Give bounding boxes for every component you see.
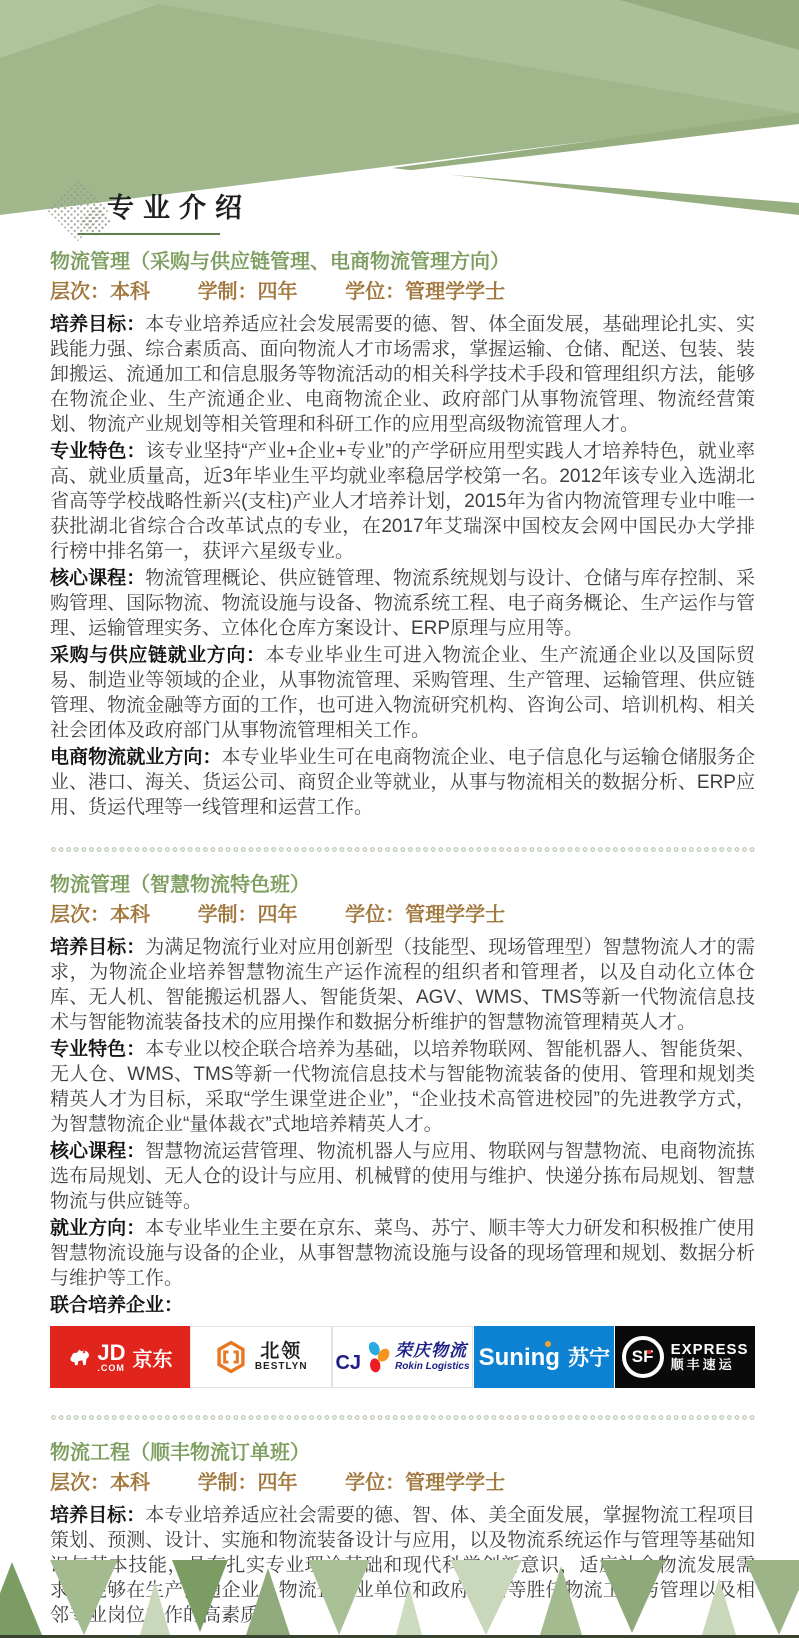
- section-title: 物流工程（顺丰物流订单班）: [50, 1441, 755, 1465]
- meta-duration: 学制：四年: [198, 281, 298, 303]
- footer-triangles-decoration: [0, 1560, 799, 1635]
- paragraph: 采购与供应链就业方向：本专业毕业生可进入物流企业、生产流通企业以及国际贸易、制造…: [50, 643, 755, 743]
- paragraph: 核心课程：物流管理概论、供应链管理、物流系统规划与设计、仓储与库存控制、采购管理…: [50, 566, 755, 641]
- cj-text: CJ: [335, 1352, 361, 1375]
- section-meta: 层次：本科 学制：四年 学位：管理学学士: [50, 903, 755, 927]
- section-meta: 层次：本科 学制：四年 学位：管理学学士: [50, 280, 755, 304]
- suning-dot-icon: [545, 1341, 551, 1347]
- suning-logo: Suning 苏宁: [473, 1326, 614, 1388]
- paragraph-label: 核心课程：: [50, 1141, 145, 1162]
- page: 专业介绍 物流管理（采购与供应链管理、电商物流管理方向） 层次：本科 学制：四年…: [0, 0, 799, 1638]
- jd-dog-icon: [67, 1344, 93, 1370]
- section-title: 物流管理（智慧物流特色班）: [50, 873, 755, 897]
- partners-label: 联合培养企业：: [50, 1293, 755, 1318]
- paragraph: 核心课程：智慧物流运营管理、物流机器人与应用、物联网与智慧物流、电商物流拣选布局…: [50, 1139, 755, 1214]
- footer-triangles-icon: [0, 1560, 799, 1635]
- jd-logo: JD .COM 京东: [50, 1326, 190, 1388]
- jd-wordmark: JD .COM: [97, 1342, 125, 1373]
- paragraph-text: 智慧物流运营管理、物流机器人与应用、物联网与智慧物流、电商物流拣选布局规划、无人…: [50, 1141, 755, 1212]
- dotted-divider: [50, 846, 755, 853]
- paragraph-label: 专业特色：: [50, 441, 146, 462]
- sf-ring-icon: SF: [622, 1336, 664, 1378]
- paragraph-label: 核心课程：: [50, 568, 145, 589]
- meta-duration: 学制：四年: [198, 904, 298, 926]
- rokin-petals-icon: [364, 1340, 392, 1374]
- rokin-wordmark: 荣庆物流 Rokin Logistics: [395, 1342, 469, 1372]
- paragraph: 专业特色：该专业坚持“产业+企业+专业”的产学研应用型实践人才培养特色，就业率高…: [50, 439, 755, 564]
- meta-level: 层次：本科: [50, 904, 150, 926]
- paragraph-label: 就业方向：: [50, 1218, 145, 1239]
- meta-duration: 学制：四年: [198, 1472, 298, 1494]
- section-title: 物流管理（采购与供应链管理、电商物流管理方向）: [50, 250, 755, 274]
- section-meta: 层次：本科 学制：四年 学位：管理学学士: [50, 1471, 755, 1495]
- paragraph-text: 本专业毕业生主要在京东、菜鸟、苏宁、顺丰等大力研发和积极推广使用智慧物流设施与设…: [50, 1218, 755, 1289]
- rokin-logo: CJ 荣庆物流 Rokin Logistics: [332, 1326, 474, 1388]
- meta-degree: 学位：管理学学士: [345, 904, 505, 926]
- sf-logo: SF EXPRESS 顺丰速运: [614, 1326, 755, 1388]
- jd-cn-text: 京东: [132, 1343, 172, 1372]
- paragraph: 就业方向：本专业毕业生主要在京东、菜鸟、苏宁、顺丰等大力研发和积极推广使用智慧物…: [50, 1216, 755, 1291]
- paragraph-label: 培养目标：: [50, 1505, 145, 1526]
- suning-wordmark: Suning 苏宁: [479, 1342, 610, 1372]
- bestlyn-hexagon-icon: [214, 1340, 248, 1374]
- sf-wordmark: EXPRESS 顺丰速运: [671, 1341, 749, 1373]
- paragraph-text: 本专业培养适应社会发展需要的德、智、体全面发展，基础理论扎实、实践能力强、综合素…: [50, 314, 755, 435]
- paragraph-text: 本专业以校企联合培养为基础，以培养物联网、智能机器人、智能货架、无人仓、WMS、…: [50, 1039, 755, 1135]
- paragraph: 培养目标：本专业培养适应社会发展需要的德、智、体全面发展，基础理论扎实、实践能力…: [50, 312, 755, 437]
- page-title: 专业介绍: [107, 186, 251, 225]
- meta-level: 层次：本科: [50, 281, 150, 303]
- sf-red-dot: [647, 1350, 651, 1354]
- paragraph: 培养目标：为满足物流行业对应用创新型（技能型、现场管理型）智慧物流人才的需求，为…: [50, 935, 755, 1035]
- paragraph-text: 物流管理概论、供应链管理、物流系统规划与设计、仓储与库存控制、采购管理、国际物流…: [50, 568, 755, 639]
- paragraph-label: 采购与供应链就业方向：: [50, 645, 266, 666]
- meta-level: 层次：本科: [50, 1472, 150, 1494]
- paragraph-label: 专业特色：: [50, 1039, 145, 1060]
- bestlyn-logo: 北领 BESTLYN: [190, 1326, 332, 1388]
- content: 物流管理（采购与供应链管理、电商物流管理方向） 层次：本科 学制：四年 学位：管…: [0, 250, 799, 1628]
- paragraph: 电商物流就业方向：本专业毕业生可在电商物流企业、电子信息化与运输仓储服务企业、港…: [50, 745, 755, 820]
- header-decoration: 专业介绍: [0, 0, 799, 250]
- meta-degree: 学位：管理学学士: [345, 281, 505, 303]
- page-title-badge: 专业介绍: [50, 180, 350, 242]
- title-underline: [78, 233, 220, 235]
- paragraph-text: 该专业坚持“产业+企业+专业”的产学研应用型实践人才培养特色，就业率高、就业质量…: [50, 441, 755, 562]
- partner-logos-row: JD .COM 京东 北领 BESTLYN: [50, 1326, 755, 1388]
- bestlyn-wordmark: 北领 BESTLYN: [255, 1342, 308, 1372]
- section-smart-logistics: 物流管理（智慧物流特色班） 层次：本科 学制：四年 学位：管理学学士 培养目标：…: [50, 873, 755, 1388]
- paragraph: 专业特色：本专业以校企联合培养为基础，以培养物联网、智能机器人、智能货架、无人仓…: [50, 1037, 755, 1137]
- meta-degree: 学位：管理学学士: [345, 1472, 505, 1494]
- paragraph-label: 培养目标：: [50, 314, 145, 335]
- paragraph-label: 电商物流就业方向：: [50, 747, 222, 768]
- paragraph-text: 为满足物流行业对应用创新型（技能型、现场管理型）智慧物流人才的需求，为物流企业培…: [50, 937, 755, 1033]
- dotted-divider: [50, 1414, 755, 1421]
- section-logistics-management: 物流管理（采购与供应链管理、电商物流管理方向） 层次：本科 学制：四年 学位：管…: [50, 250, 755, 820]
- paragraph-label: 培养目标：: [50, 937, 145, 958]
